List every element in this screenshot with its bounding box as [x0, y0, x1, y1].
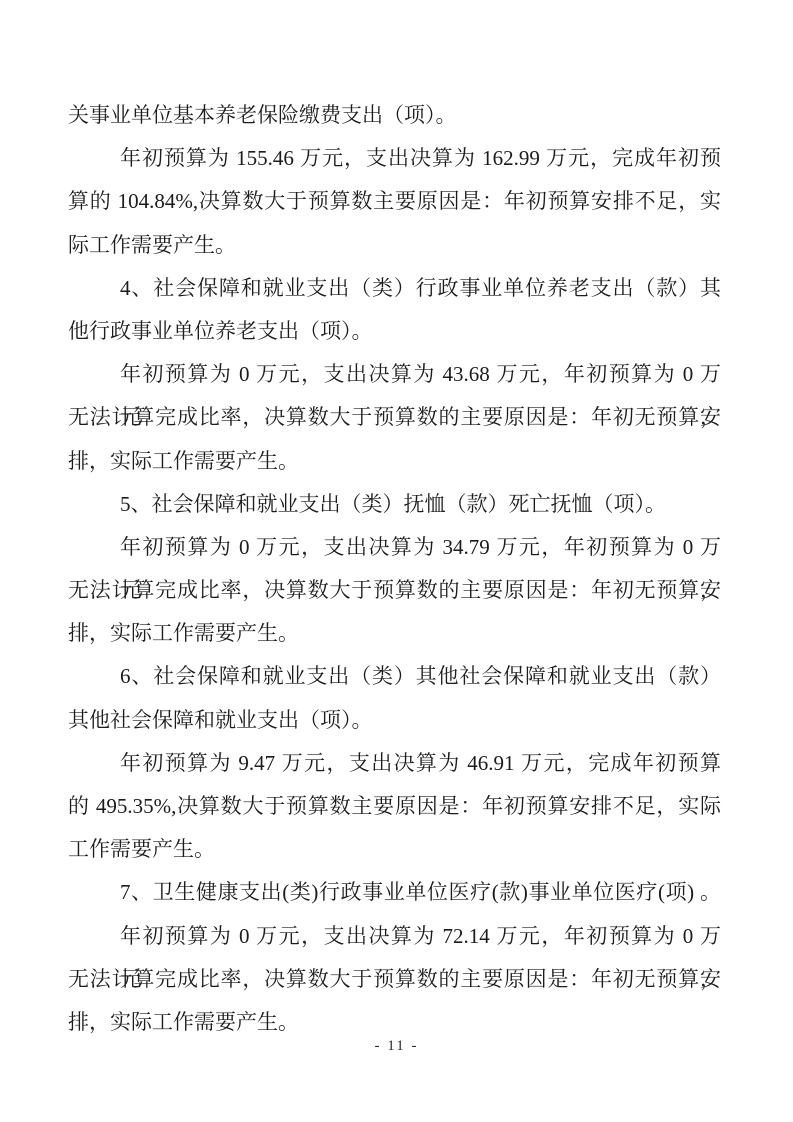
text-line: 的 495.35%,决算数大于预算数主要原因是：年初预算安排不足，实际 — [68, 785, 721, 828]
text-line: 6、社会保障和就业支出（类）其他社会保障和就业支出（款） — [68, 655, 721, 698]
text-line: 4、社会保障和就业支出（类）行政事业单位养老支出（款）其 — [68, 267, 721, 310]
text-line: 年初预算为 9.47 万元，支出决算为 46.91 万元，完成年初预算 — [68, 742, 721, 785]
page-number: - 11 - — [0, 1038, 793, 1055]
document-body: 关事业单位基本养老保险缴费支出（项）。年初预算为 155.46 万元，支出决算为… — [68, 94, 721, 1044]
text-line: 7、卫生健康支出(类)行政事业单位医疗(款)事业单位医疗(项) 。 — [68, 871, 721, 914]
text-line: 年初预算为 155.46 万元，支出决算为 162.99 万元，完成年初预 — [68, 137, 721, 180]
text-line: 关事业单位基本养老保险缴费支出（项）。 — [68, 94, 721, 137]
text-line: 排，实际工作需要产生。 — [68, 440, 721, 483]
document-page: 关事业单位基本养老保险缴费支出（项）。年初预算为 155.46 万元，支出决算为… — [0, 0, 793, 1122]
text-line: 其他社会保障和就业支出（项）。 — [68, 699, 721, 742]
text-line: 5、社会保障和就业支出（类）抚恤（款）死亡抚恤（项）。 — [68, 483, 721, 526]
text-line: 年初预算为 0 万元，支出决算为 72.14 万元，年初预算为 0 万元， — [68, 915, 721, 958]
text-line: 排，实际工作需要产生。 — [68, 612, 721, 655]
text-line: 年初预算为 0 万元，支出决算为 43.68 万元，年初预算为 0 万元， — [68, 353, 721, 396]
text-line: 他行政事业单位养老支出（项）。 — [68, 310, 721, 353]
text-line: 工作需要产生。 — [68, 828, 721, 871]
text-line: 年初预算为 0 万元，支出决算为 34.79 万元，年初预算为 0 万元， — [68, 526, 721, 569]
text-line: 无法计算完成比率，决算数大于预算数的主要原因是：年初无预算安 — [68, 396, 721, 439]
text-line: 无法计算完成比率，决算数大于预算数的主要原因是：年初无预算安 — [68, 569, 721, 612]
text-line: 无法计算完成比率，决算数大于预算数的主要原因是：年初无预算安 — [68, 958, 721, 1001]
text-line: 际工作需要产生。 — [68, 224, 721, 267]
text-line: 算的 104.84%,决算数大于预算数主要原因是：年初预算安排不足，实 — [68, 180, 721, 223]
